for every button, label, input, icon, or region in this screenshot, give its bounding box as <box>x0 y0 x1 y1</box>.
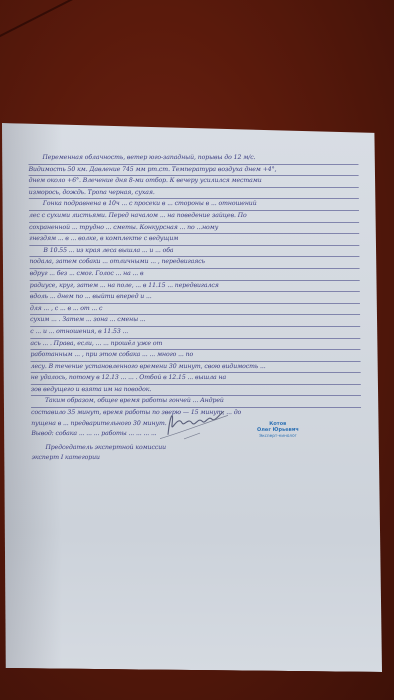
table-seam <box>0 0 151 42</box>
text-line: работанным ... , при этом собака ... ...… <box>30 350 360 362</box>
text-line: Переменная облачность, ветер юго-западны… <box>28 153 358 165</box>
text-line: гнездям ... в ... волке, в комплекте с в… <box>29 234 359 246</box>
text-line: лесу. В течение установленного времени 3… <box>31 362 361 374</box>
text-line: зов ведущего и взята им на поводок. <box>31 385 361 397</box>
text-line: вдруг ... без ... смог. Голос ... на ...… <box>30 269 360 281</box>
text-line: сухим ... . Затем ... зона ... смены ... <box>30 315 360 327</box>
expert-stamp: Котов Олег Юрьевич Эксперт-кинолог <box>257 421 299 439</box>
closing-line: эксперт I категории <box>32 453 362 464</box>
closing-line: Председатель экспертной комиссии <box>31 443 361 454</box>
text-line: Гонка подравнена в 10ч ... с просеки в .… <box>29 199 359 211</box>
text-line: изморось, дождь. Тропа черная, сухая. <box>29 188 359 200</box>
document-page: Переменная облачность, ветер юго-западны… <box>2 123 382 672</box>
text-line: вдоль ... днем по ... выйти вперед и ... <box>30 292 360 304</box>
text-line: Видимость 50 км. Давление 745 мм рт.ст. … <box>29 165 359 177</box>
text-line: днем около +6°. Влечение дня 8-ми отбор.… <box>29 176 359 188</box>
text-line: подала, затем собаки ... отличными ... ,… <box>29 257 359 269</box>
text-line: сохраненной ... трудно ... сметы. Конкур… <box>29 223 359 235</box>
stamp-title: Эксперт-кинолог <box>257 433 299 439</box>
text-line: для ... , с ... в ... от ... с <box>30 304 360 316</box>
text-line: В 10.55 ... из края леса вышла ... и ...… <box>29 246 359 258</box>
text-line: не удалось, потому в 12.13 ... ... . Отб… <box>31 373 361 385</box>
text-line: ась ... . Права, если, ... ... прошёл уж… <box>30 339 360 351</box>
text-line: с ... и ... отношения, в 11.53 ... <box>30 327 360 339</box>
text-line: радиусе, круг, затем ... на поле, ... в … <box>30 281 360 293</box>
signature-icon <box>160 405 230 442</box>
text-line: лес с сухими листьями. Перед началом ...… <box>29 211 359 223</box>
